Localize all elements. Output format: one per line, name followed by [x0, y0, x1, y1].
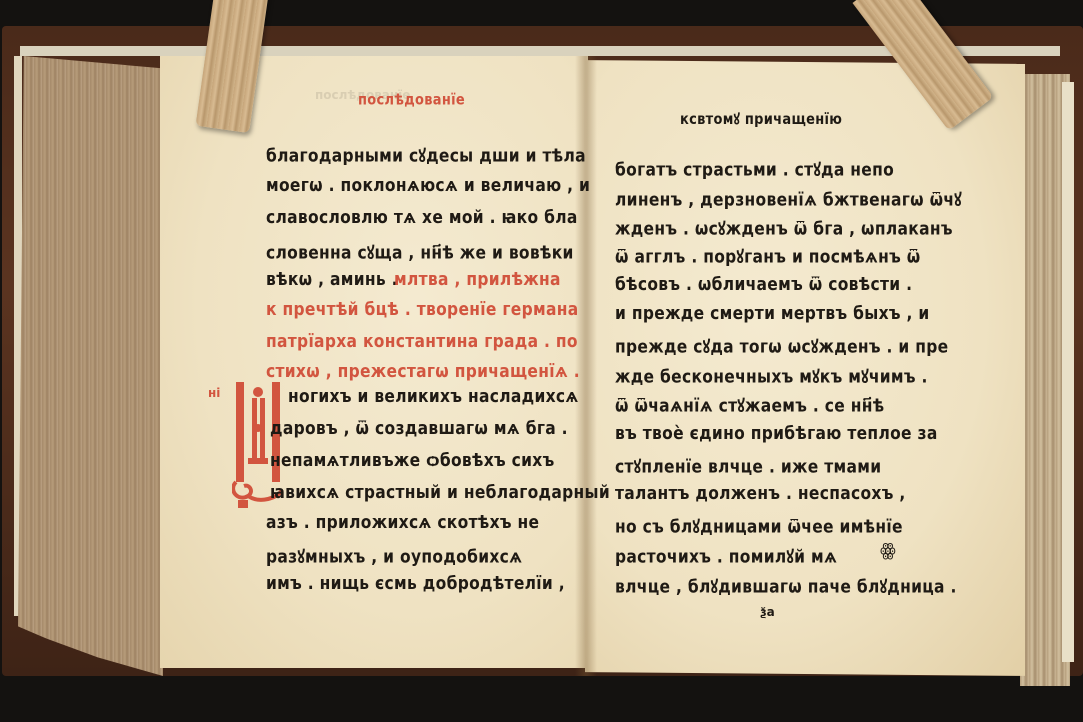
left-line-9: ногихъ и великихъ насладихсѧ [288, 386, 579, 407]
right-line-1: богатъ страстьми . стꙋда непо [615, 156, 894, 181]
left-line-2: моегѡ . поклонѧюсѧ и величаю , и [266, 175, 590, 196]
left-line-11: непамѧтливъже ѻбовѣхъ сихъ [270, 450, 555, 471]
left-page-stack [18, 56, 163, 676]
left-line-15: имъ . нищь єсмь добродѣтелїи , [266, 573, 565, 594]
left-line-8: стихѡ , прежестагѡ причащенїѧ . [266, 361, 580, 382]
left-line-1: благодарными сꙋдесы дши и тѣла [266, 142, 586, 167]
left-line-10: даровъ , ѿ создавшагѡ мѧ бга . [270, 418, 568, 439]
right-line-10: въ твоѐ єдино прибѣгаю теплое за [615, 423, 938, 444]
left-line-6: к пречтѣй бцѣ . творенїе германа [266, 299, 579, 320]
left-line-4: словенна сꙋща , нн҃ѣ же и вовѣки [266, 239, 574, 264]
left-line-14: разꙋмныхъ , и оуподобихсѧ [266, 543, 522, 568]
right-line-7: прежде сꙋда тогѡ ѡсꙋжденъ . и пре [615, 333, 949, 358]
right-line-12: талантъ долженъ . неспасохъ , [615, 483, 906, 504]
right-line-15: влчце , блꙋдившагѡ паче блꙋдница . [615, 573, 957, 598]
left-line-12: ꙗвихсѧ страстный и неблагодарный [270, 482, 610, 503]
left-line-13: азъ . приложихсѧ скотѣхъ не [266, 512, 539, 533]
signature-mark: ѯа [760, 605, 775, 619]
left-line-5-rubric: млтва , прилѣжна [394, 269, 561, 290]
marginal-number: ні [208, 386, 220, 400]
right-line-6: и прежде смерти мертвъ быхъ , и [615, 303, 930, 324]
left-line-7: патрїарха константина града . по [266, 331, 578, 352]
right-line-9: ѿ ѿчаѧнїѧ стꙋжаемъ . се нн҃ѣ [615, 392, 885, 417]
right-line-13: но съ блꙋдницами ѿчее имѣнїе [615, 513, 903, 538]
right-line-8: жде бесконечныхъ мꙋкъ мꙋчимъ . [615, 363, 928, 388]
right-line-14: расточихъ . помилꙋй мѧ [615, 543, 837, 568]
left-line-3: славословлю тѧ хе мой . ꙗко бла [266, 207, 578, 228]
left-line-5: вѣкѡ , аминь . [266, 269, 398, 290]
right-line-5: бѣсовъ . ѡбличаемъ ѿ совѣсти . [615, 274, 912, 295]
right-line-4: ѿ агглъ . порꙋганъ и посмѣѧнъ ѿ [615, 243, 921, 268]
left-running-head: послѣдованїе [358, 92, 465, 109]
right-running-head: ксвтомꙋ причащенїю [680, 108, 842, 129]
right-page-stack-light-edge [1062, 82, 1074, 662]
right-line-3: жденъ . ѡсꙋжденъ ѿ бга , ѡплаканъ [615, 215, 953, 240]
right-line-11: стꙋпленїе влчце . иже тмами [615, 453, 881, 478]
right-line-2: линенъ , дерзновенїѧ бжтвенагѡ ѿчꙋ [615, 186, 962, 211]
line-end-flourish-icon: ꙮ [880, 540, 896, 561]
